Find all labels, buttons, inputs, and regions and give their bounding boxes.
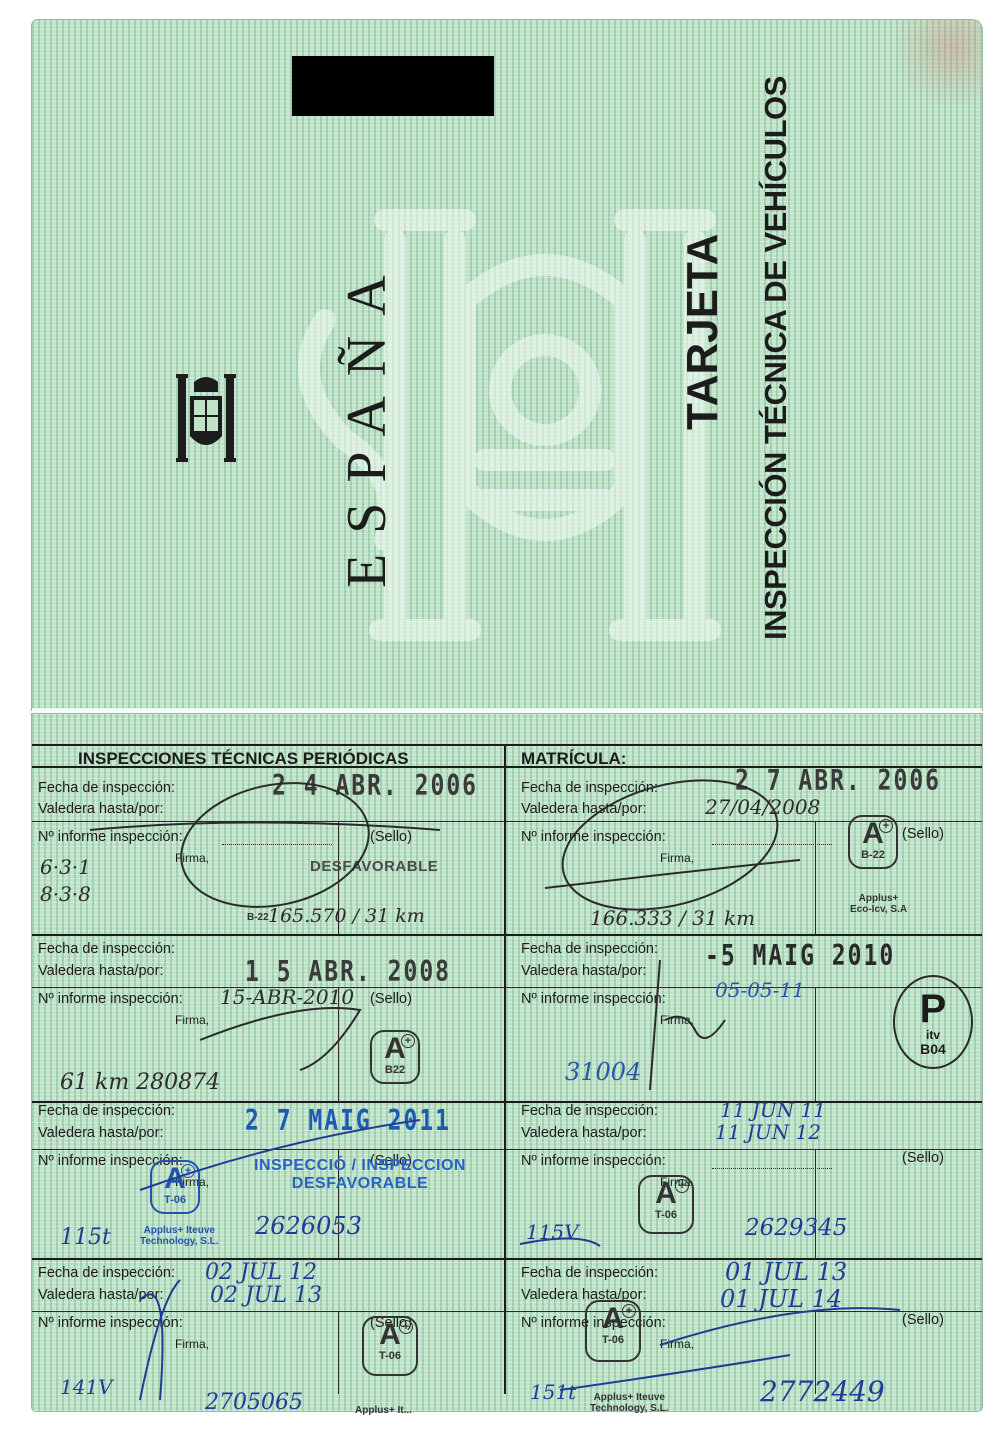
signatures xyxy=(0,0,1000,1440)
